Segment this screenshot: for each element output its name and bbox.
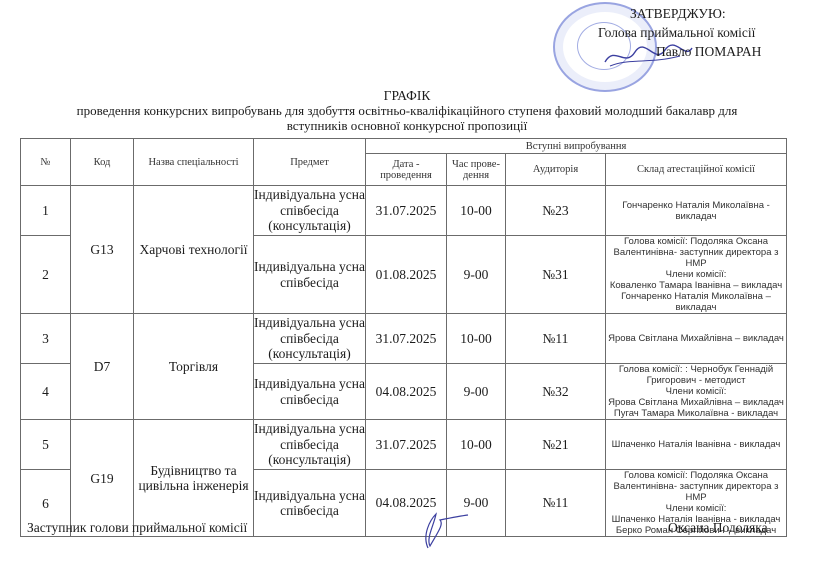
approval-name: Павло ПОМАРАН [598, 42, 813, 61]
exam-time: 9-00 [447, 236, 506, 314]
row-number: 5 [21, 420, 71, 470]
footer-name: Оксана Подоляка [668, 520, 768, 536]
header-specialty: Назва спеціальності [134, 139, 254, 186]
commission-members: Голова комісії: Подоляка ОксанаВалентині… [606, 236, 787, 314]
exam-room: №21 [506, 420, 606, 470]
exam-date: 31.07.2025 [366, 420, 447, 470]
commission-members: Ярова Світлана Михайлівна – викладач [606, 314, 787, 364]
exam-time: 9-00 [447, 364, 506, 420]
exam-room: №11 [506, 314, 606, 364]
subject: Індивідуальна усна співбесіда [254, 364, 366, 420]
header-entrance-tests: Вступні випробування [366, 139, 787, 154]
exam-date: 31.07.2025 [366, 186, 447, 236]
table-row: 1G13Харчові технологіїІндивідуальна усна… [21, 186, 787, 236]
commission-members: Голова комісії: : Чернобук ГеннадійГриго… [606, 364, 787, 420]
commission-members: Шпаченко Наталія Іванівна - викладач [606, 420, 787, 470]
header-room: Аудиторія [506, 154, 606, 186]
header-num: № [21, 139, 71, 186]
commission-line: Пугач Тамара Миколаївна - викладач [606, 408, 786, 419]
commission-line: Ярова Світлана Михайлівна – викладач [606, 333, 786, 344]
row-number: 3 [21, 314, 71, 364]
specialty-name: Будівництво та цивільна інженерія [134, 420, 254, 537]
specialty-name: Торгівля [134, 314, 254, 420]
commission-line: Голова комісії: Подоляка Оксана [606, 470, 786, 481]
subject: Індивідуальна усна співбесіда (консульта… [254, 186, 366, 236]
commission-line: Гончаренко Наталія Миколаївна - викладач [606, 200, 786, 222]
approval-position: Голова приймальної комісії [598, 23, 813, 42]
document-title: ГРАФІК [0, 88, 814, 103]
exam-room: №11 [506, 470, 606, 537]
commission-line: Шпаченко Наталія Іванівна - викладач [606, 439, 786, 450]
table-row: 5G19Будівництво та цивільна інженеріяІнд… [21, 420, 787, 470]
subject: Індивідуальна усна співбесіда (консульта… [254, 420, 366, 470]
commission-line: Валентинівна- заступник директора з НМР [606, 247, 786, 269]
table-row: 3D7ТоргівляІндивідуальна усна співбесіда… [21, 314, 787, 364]
header-commission: Склад атестаційної комісії [606, 154, 787, 186]
header-date: Дата - проведення [366, 154, 447, 186]
subject: Індивідуальна усна співбесіда [254, 236, 366, 314]
commission-line: Гончаренко Наталія Миколаївна – викладач [606, 291, 786, 313]
document-subtitle-2: вступників основної конкурсної пропозиці… [0, 118, 814, 133]
row-number: 4 [21, 364, 71, 420]
footer-position: Заступник голови приймальної комісії [27, 520, 247, 536]
subject: Індивідуальна усна співбесіда [254, 470, 366, 537]
schedule-table: № Код Назва спеціальності Предмет Вступн… [20, 138, 787, 537]
row-number: 1 [21, 186, 71, 236]
commission-members: Гончаренко Наталія Миколаївна - викладач [606, 186, 787, 236]
signature-deputy [400, 510, 470, 550]
specialty-code: D7 [71, 314, 134, 420]
specialty-code: G13 [71, 186, 134, 314]
commission-line: Голова комісії: : Чернобук Геннадій [606, 364, 786, 375]
row-number: 2 [21, 236, 71, 314]
header-code: Код [71, 139, 134, 186]
exam-room: №32 [506, 364, 606, 420]
commission-line: Коваленко Тамара Іванівна – викладач [606, 280, 786, 291]
approval-block: ЗАТВЕРДЖУЮ: Голова приймальної комісії П… [598, 4, 813, 61]
commission-line: Ярова Світлана Михайлівна – викладач [606, 397, 786, 408]
approval-label: ЗАТВЕРДЖУЮ: [598, 4, 813, 23]
exam-time: 10-00 [447, 186, 506, 236]
exam-time: 10-00 [447, 314, 506, 364]
specialty-code: G19 [71, 420, 134, 537]
subject: Індивідуальна усна співбесіда (консульта… [254, 314, 366, 364]
exam-time: 10-00 [447, 420, 506, 470]
header-time: Час прове-дення [447, 154, 506, 186]
exam-date: 04.08.2025 [366, 364, 447, 420]
header-subject: Предмет [254, 139, 366, 186]
commission-line: Члени комісії: [606, 269, 786, 280]
document-subtitle: проведення конкурсних випробувань для зд… [0, 103, 814, 118]
schedule-body: 1G13Харчові технологіїІндивідуальна усна… [21, 186, 787, 537]
commission-line: Члени комісії: [606, 503, 786, 514]
specialty-name: Харчові технології [134, 186, 254, 314]
commission-line: Голова комісії: Подоляка Оксана [606, 236, 786, 247]
commission-line: Члени комісії: [606, 386, 786, 397]
exam-room: №31 [506, 236, 606, 314]
commission-line: Валентинівна- заступник директора з НМР [606, 481, 786, 503]
exam-room: №23 [506, 186, 606, 236]
commission-line: Григорович - методист [606, 375, 786, 386]
exam-date: 31.07.2025 [366, 314, 447, 364]
exam-date: 01.08.2025 [366, 236, 447, 314]
